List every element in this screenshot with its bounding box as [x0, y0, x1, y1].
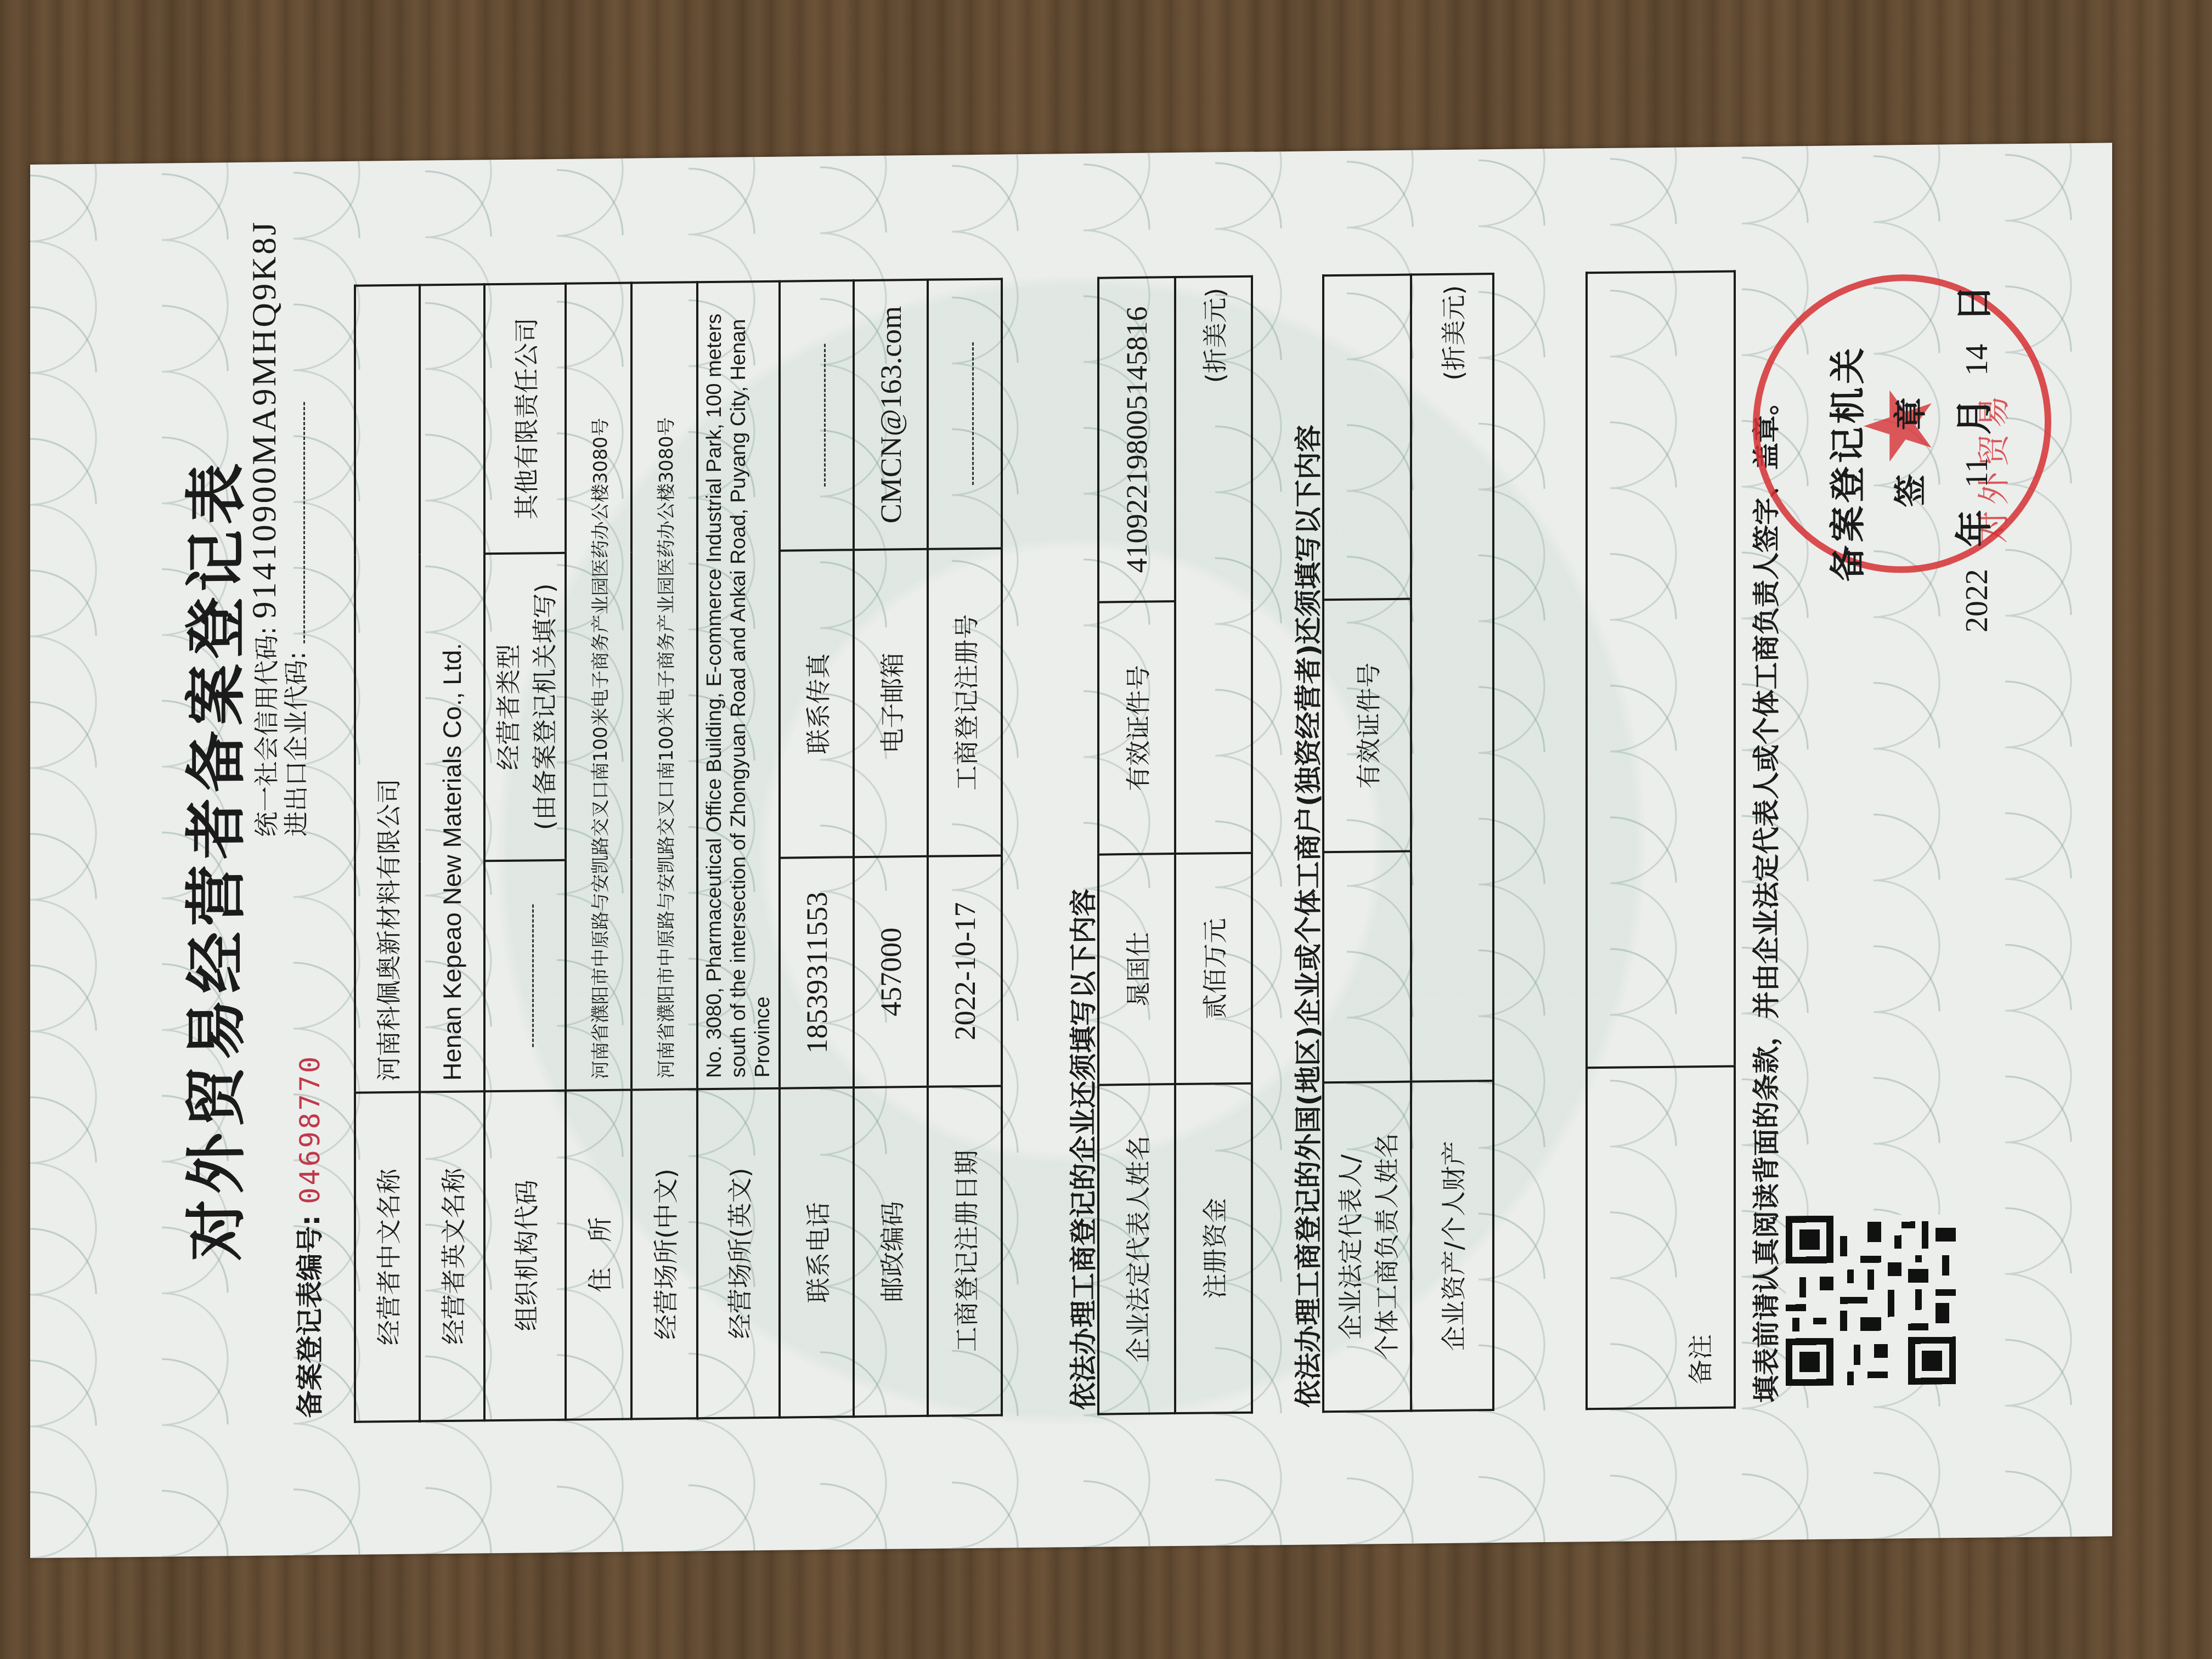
operator-type-note: (由备案登记机关填写): [525, 564, 561, 850]
table-row: 企业法定代表人姓名 晁国仕 有效证件号 410922198005145816: [1098, 277, 1175, 1414]
footer-notice: 填表前请认真阅读背面的条款，并由企业法定代表人或个体工商负责人签字、盖章。: [1745, 388, 1784, 1403]
premises-en-value: No. 3080, Pharmaceutical Office Building…: [697, 281, 780, 1090]
table-row: 经营者中文名称 河南科佩奥新材料有限公司: [355, 285, 420, 1422]
credit-code: 91410900MA9MHQ9K8J: [246, 220, 283, 619]
table-row: 住 所 河南省濮阳市中原路与安凯路交叉口南100米电子商务产业园医药办公楼308…: [566, 283, 631, 1420]
serial-label: 备案登记表编号:: [294, 1215, 326, 1418]
table-row: 邮政编码 457000 电子邮箱 CMCN@163.com: [854, 280, 928, 1417]
serial-number-row: 备案登记表编号:04698770: [288, 1054, 328, 1418]
operator-type-value: 其他有限责任公司: [484, 284, 566, 554]
table-row: 组织机构代码 经营者类型 (由备案登记机关填写) 其他有限责任公司: [484, 284, 566, 1421]
org-code-value: [484, 860, 566, 1092]
postal-value: 457000: [854, 856, 928, 1087]
table-row: 企业资产/个人财产 (折美元): [1411, 274, 1493, 1411]
table-row: 注册资金 贰佰万元 (折美元): [1175, 276, 1252, 1413]
cn-name-label: 经营者中文名称: [355, 1092, 420, 1422]
serial-number: 04698770: [294, 1054, 326, 1204]
table-row: 经营者英文名称 Henan Kepeao New Materials Co., …: [420, 284, 484, 1421]
table-row: 企业法定代表人/ 个体工商负责人姓名 有效证件号: [1323, 275, 1411, 1412]
credit-code-block: 统一社会信用代码: 91410900MA9MHQ9K8J 进出口企业代码:: [250, 219, 311, 837]
import-export-code-label: 进出口企业代码:: [281, 651, 311, 837]
qr-code-icon: [1786, 1214, 1956, 1386]
operator-type-label: 经营者类型 (由备案登记机关填写): [484, 553, 566, 861]
date-day: 14: [1959, 344, 1994, 376]
assets-usd-note: (折美元): [1411, 274, 1493, 1082]
email-label: 电子邮箱: [854, 549, 928, 857]
reg-no-label: 工商登记注册号: [928, 548, 1002, 856]
table-row: 经营场所(英文) No. 3080, Pharmaceutical Office…: [697, 281, 780, 1419]
date-year-unit: 年: [1953, 509, 1996, 547]
remarks-value: [1587, 271, 1735, 1068]
capital-usd-note: (折美元): [1175, 276, 1252, 854]
foreign-rep-value: [1323, 851, 1411, 1083]
assets-label: 企业资产/个人财产: [1411, 1081, 1493, 1411]
operator-type-title: 经营者类型: [489, 565, 525, 850]
foreign-rep-label-line1: 企业法定代表人/: [1331, 1093, 1367, 1401]
remarks-table: 备注: [1585, 270, 1736, 1410]
email-value: CMCN@163.com: [854, 280, 928, 550]
registration-form-document: 对外贸易经营者备案登记表 备案登记表编号:04698770 统一社会信用代码: …: [30, 143, 2112, 1558]
phone-label: 联系电话: [780, 1087, 854, 1417]
foreign-table: 企业法定代表人/ 个体工商负责人姓名 有效证件号 企业资产/个人财产 (折美元): [1322, 273, 1494, 1413]
legal-rep-label: 企业法定代表人姓名: [1098, 1084, 1175, 1414]
phone-value: 18539311553: [780, 857, 854, 1088]
remarks-label: 备注: [1587, 1066, 1735, 1409]
enterprise-table: 企业法定代表人姓名 晁国仕 有效证件号 410922198005145816 注…: [1097, 275, 1253, 1415]
foreign-id-label: 有效证件号: [1323, 599, 1411, 853]
id-number: 410922198005145816: [1098, 277, 1175, 602]
legal-rep-value: 晁国仕: [1098, 854, 1175, 1085]
id-label: 有效证件号: [1098, 601, 1175, 854]
en-name-value: Henan Kepeao New Materials Co., Ltd.: [420, 284, 484, 1092]
cn-name-value: 河南科佩奥新材料有限公司: [355, 285, 420, 1093]
table-row: 经营场所(中文) 河南省濮阳市中原路与安凯路交叉口南100米电子商务产业园医药办…: [631, 282, 697, 1419]
basic-info-table: 经营者中文名称 河南科佩奥新材料有限公司 经营者英文名称 Henan Kepea…: [354, 278, 1003, 1423]
capital-label: 注册资金: [1175, 1084, 1252, 1413]
domicile-value: 河南省濮阳市中原路与安凯路交叉口南100米电子商务产业园医药办公楼3080号: [566, 283, 631, 1091]
fax-label: 联系传真: [780, 550, 854, 857]
import-export-code-blank: [287, 402, 305, 644]
form-title: 对外贸易经营者备案登记表: [167, 162, 256, 1557]
blank-dash: [532, 904, 534, 1047]
date-month-unit: 月: [1953, 398, 1996, 436]
signature-seal-label: 签章: [1884, 353, 1932, 507]
reg-date-value: 2022-10-17: [928, 855, 1002, 1086]
blank-dash: [824, 344, 826, 487]
postal-label: 邮政编码: [854, 1087, 928, 1417]
registration-authority-label: 备案登记机关: [1819, 345, 1871, 582]
foreign-section-heading: 依法办理工商登记的外国(地区)企业或个体工商户(独资经营者)还须填写以下内容: [1286, 425, 1326, 1408]
table-row: 联系电话 18539311553 联系传真: [780, 280, 854, 1417]
table-row: 工商登记注册日期 2022-10-17 工商登记注册号: [928, 279, 1002, 1415]
foreign-rep-label-line2: 个体工商负责人姓名: [1367, 1093, 1403, 1401]
reg-date-label: 工商登记注册日期: [928, 1086, 1002, 1415]
premises-en-label: 经营场所(英文): [697, 1088, 780, 1419]
org-code-label: 组织机构代码: [484, 1091, 566, 1421]
premises-cn-value: 河南省濮阳市中原路与安凯路交叉口南100米电子商务产业园医药办公楼3080号: [631, 282, 697, 1090]
date-month: 11: [1959, 457, 1994, 488]
date-year: 2022: [1959, 569, 1994, 633]
table-row: 备注: [1587, 271, 1735, 1409]
foreign-rep-label: 企业法定代表人/ 个体工商负责人姓名: [1323, 1082, 1411, 1412]
fax-value: [780, 280, 854, 550]
domicile-label: 住 所: [566, 1090, 631, 1420]
foreign-id-value: [1323, 275, 1411, 600]
reg-no-value: [928, 279, 1002, 549]
capital-value: 贰佰万元: [1175, 853, 1252, 1084]
enterprise-section-heading: 依法办理工商登记的企业还须填写以下内容: [1062, 889, 1101, 1410]
date-day-unit: 日: [1953, 285, 1996, 323]
credit-code-label: 统一社会信用代码:: [252, 627, 281, 837]
paper-frame: 对外贸易经营者备案登记表 备案登记表编号:04698770 统一社会信用代码: …: [30, 143, 2112, 1558]
en-name-label: 经营者英文名称: [420, 1091, 484, 1421]
blank-dash: [972, 342, 974, 485]
approval-date: 2022年11月14日: [1945, 285, 1998, 655]
premises-cn-label: 经营场所(中文): [631, 1089, 697, 1419]
